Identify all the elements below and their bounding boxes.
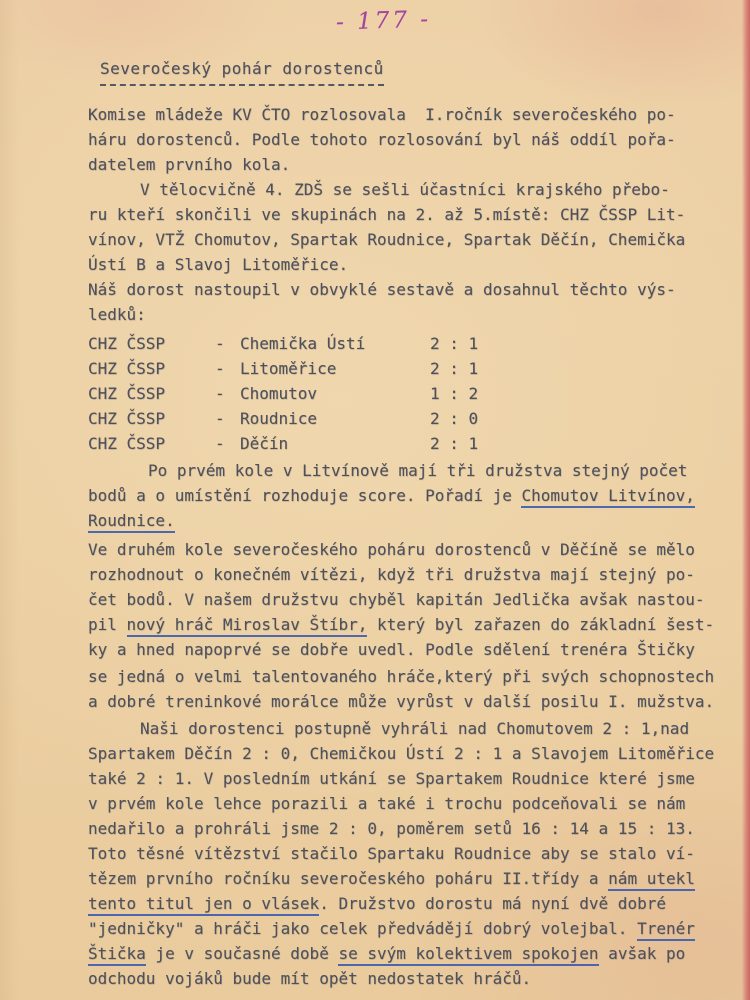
table-cell-opponent: Roudnice [240, 406, 430, 431]
table-cell-dash: - [215, 431, 240, 456]
table-cell-opponent: Chemička Ústí [240, 331, 430, 356]
paragraph-tournament: V tělocvičně 4. ZDŠ se sešli účastníci k… [88, 177, 732, 277]
document-title: Severočeský pohár dorostenců [100, 56, 384, 86]
table-cell-dash: - [215, 406, 240, 431]
table-row: CHZ ČSSP-Chemička Ústí2 : 1 [88, 331, 732, 356]
table-cell-score: 1 : 2 [430, 381, 732, 406]
table-cell-dash: - [215, 381, 240, 406]
pen-underlined-phrase: se svým kolektivem spokojen [338, 944, 598, 966]
document-content: Severočeský pohár dorostenců Komise mlád… [0, 0, 750, 991]
handwritten-page-number: - 177 - [336, 6, 432, 35]
table-cell-score: 2 : 1 [430, 431, 732, 456]
table-row: CHZ ČSSP-Děčín2 : 1 [88, 431, 732, 456]
table-row: CHZ ČSSP-Chomutov1 : 2 [88, 381, 732, 406]
table-cell-home: CHZ ČSSP [88, 431, 215, 456]
paragraph-intro: Komise mládeže KV ČTO rozlosovala I.ročn… [88, 102, 732, 177]
table-cell-home: CHZ ČSSP [88, 406, 215, 431]
table-cell-score: 2 : 1 [430, 331, 732, 356]
table-cell-opponent: Litoměřice [240, 356, 430, 381]
paragraph-text: je v současné době [146, 944, 339, 963]
table-row: CHZ ČSSP-Litoměřice2 : 1 [88, 356, 732, 381]
paragraph-lineup: Náš dorost nastoupil v obvyklé sestavě a… [88, 277, 732, 327]
table-cell-dash: - [215, 356, 240, 381]
pen-underlined-phrase: nový hráč Miroslav Štíbr, [127, 615, 368, 637]
table-cell-score: 2 : 0 [430, 406, 732, 431]
table-cell-home: CHZ ČSSP [88, 356, 215, 381]
table-cell-home: CHZ ČSSP [88, 331, 215, 356]
table-row: CHZ ČSSP-Roudnice2 : 0 [88, 406, 732, 431]
table-cell-home: CHZ ČSSP [88, 381, 215, 406]
table-cell-opponent: Děčín [240, 431, 430, 456]
table-cell-opponent: Chomutov [240, 381, 430, 406]
results-table: CHZ ČSSP-Chemička Ústí2 : 1 CHZ ČSSP-Lit… [88, 331, 732, 456]
table-cell-dash: - [215, 331, 240, 356]
paragraph-first-round: Po prvém kole v Litvínově mají tři družs… [88, 458, 732, 533]
paragraph-text: Naši dorostenci postupně vyhráli nad Cho… [88, 719, 714, 888]
document-page: - 177 - Severočeský pohár dorostenců Kom… [0, 0, 750, 1000]
paragraph-second-round: Ve druhém kole severočeského poháru doro… [88, 537, 732, 662]
table-cell-score: 2 : 1 [430, 356, 732, 381]
paragraph-final: Naši dorostenci postupně vyhráli nad Cho… [88, 716, 732, 991]
paragraph-talent: se jedná o velmi talentovaného hráče,kte… [88, 664, 732, 714]
